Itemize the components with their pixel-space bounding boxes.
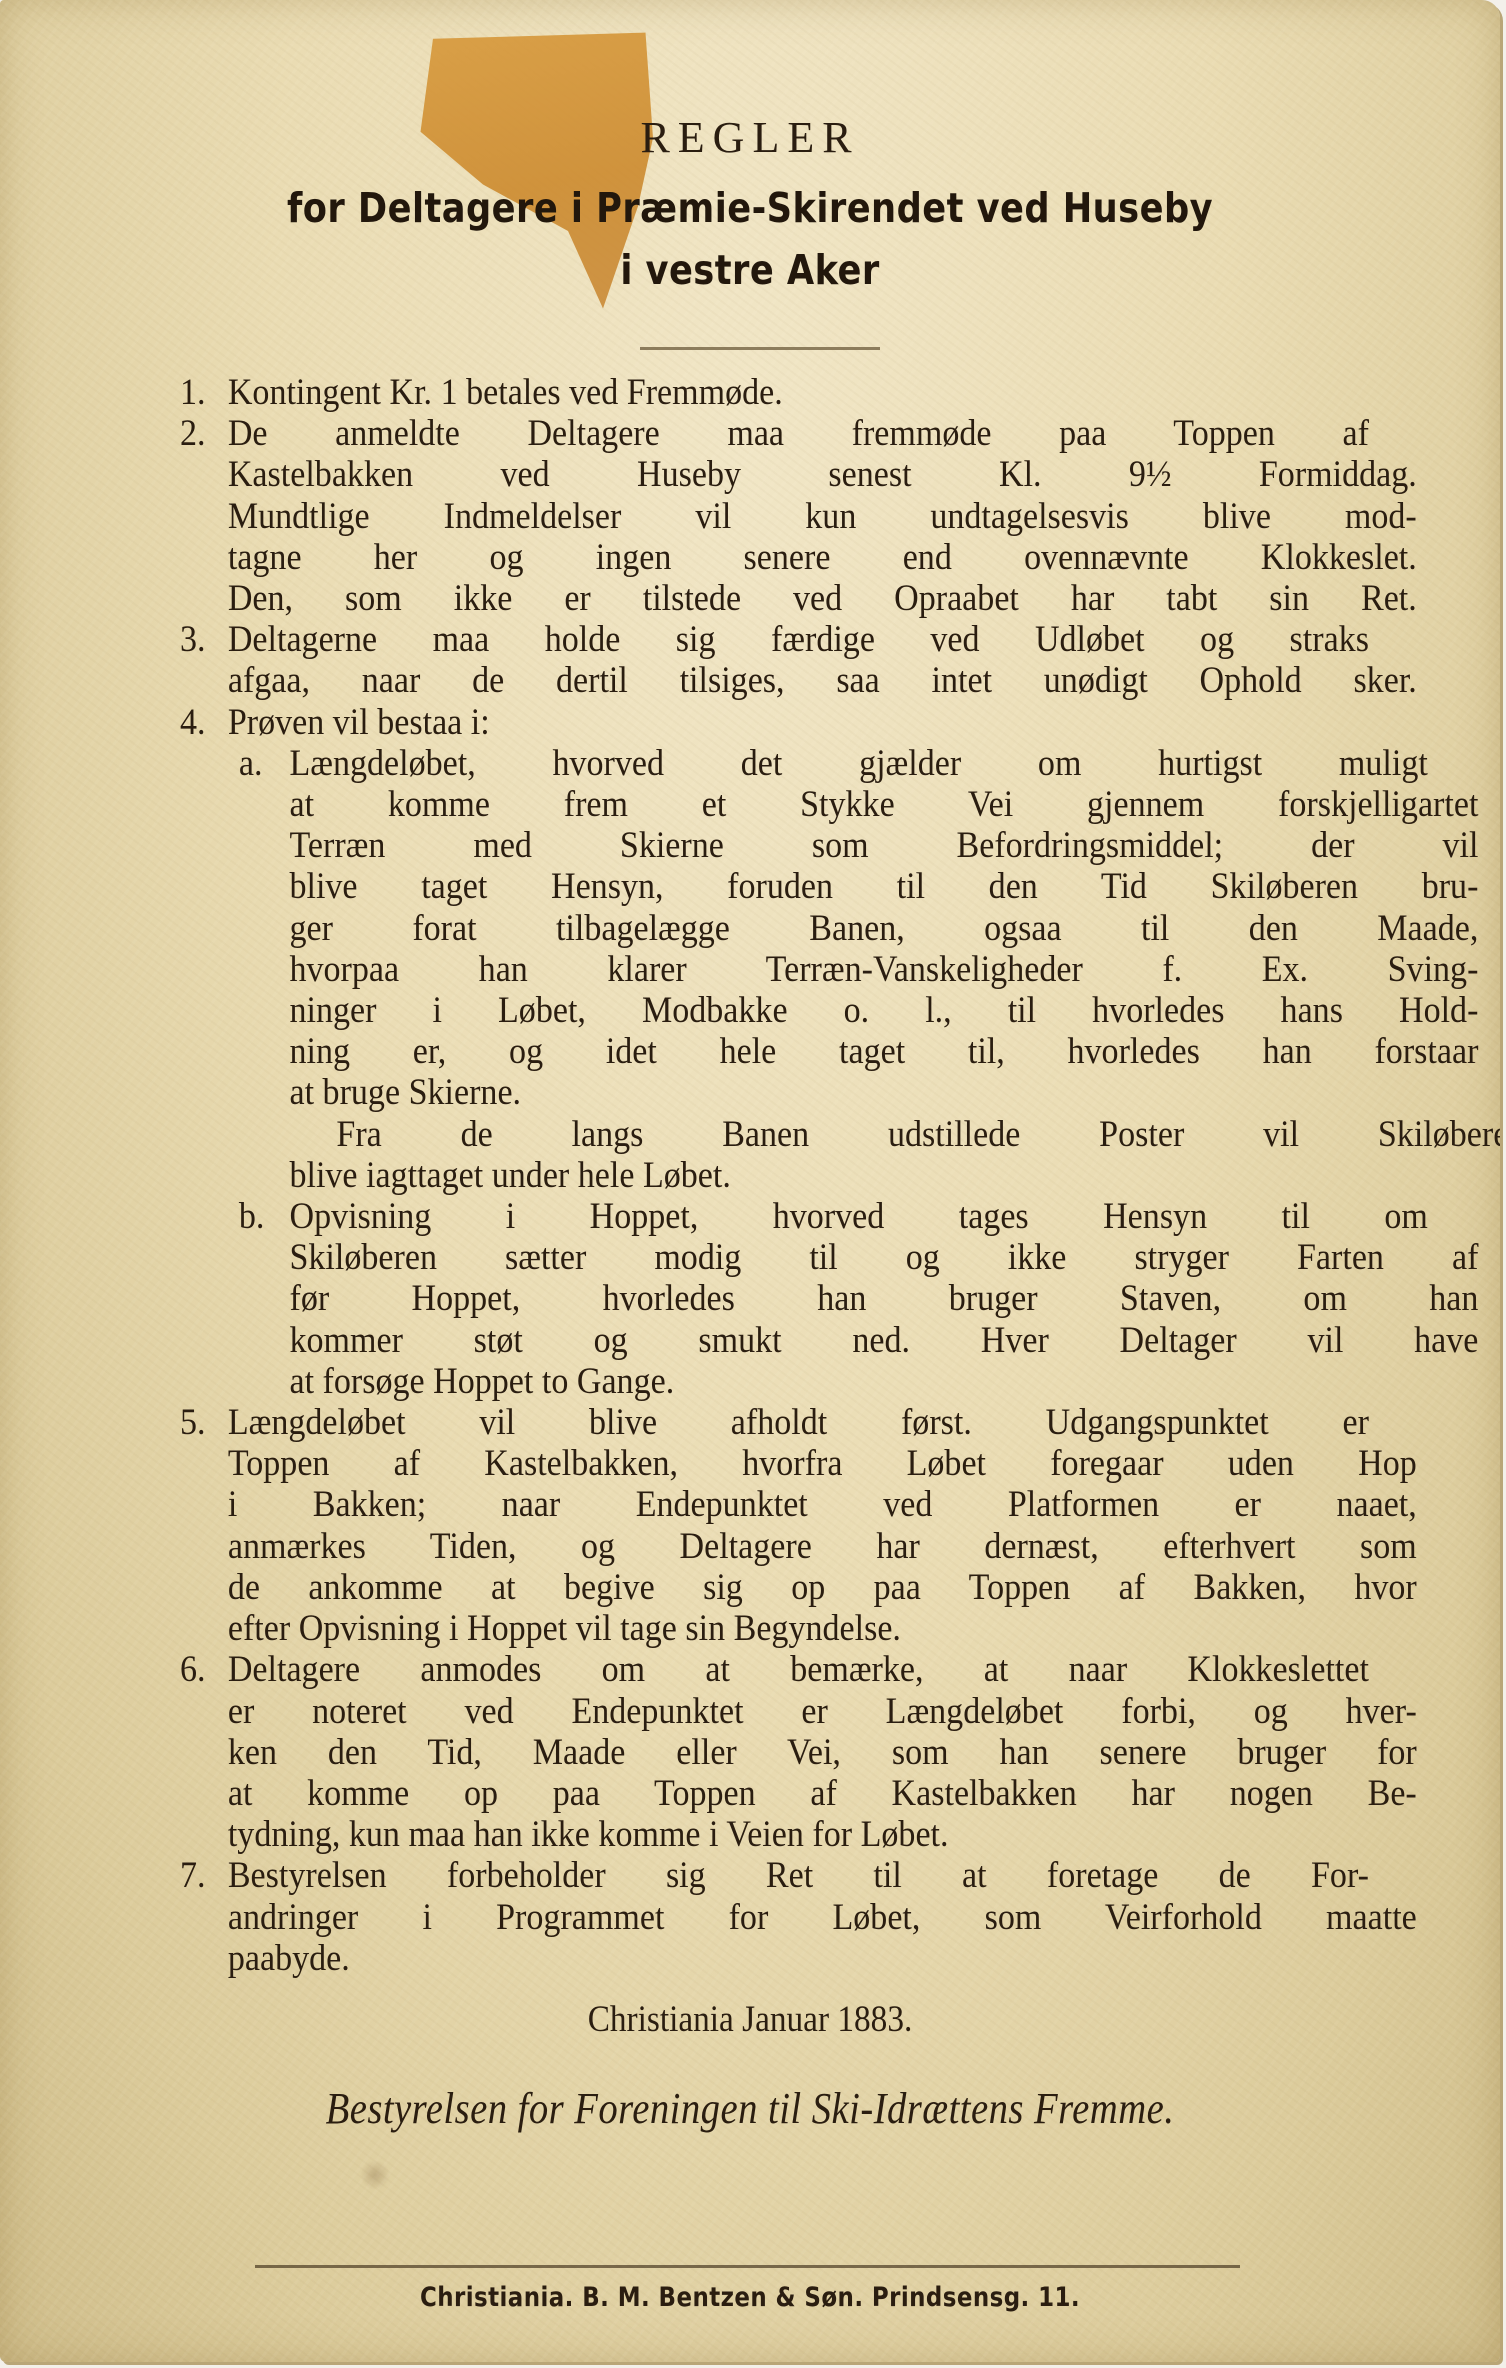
rule-text-line: Toppen af Kastelbakken, hvorfra Løbet fo…: [180, 1443, 1417, 1484]
subitem-marker: b.: [239, 1196, 290, 1237]
rule-text-line: Kastelbakken ved Huseby senest Kl. 9½ Fo…: [180, 454, 1417, 495]
rule-item-3: 3.Deltagerne maa holde sig færdige ved U…: [180, 619, 1370, 701]
rule-text-line: de ankomme at begive sig op paa Toppen a…: [180, 1567, 1417, 1608]
rule-item-4: 4.Prøven vil bestaa i: a.Længdeløbet, hv…: [180, 702, 1370, 1402]
rule-text-line: paabyde.: [180, 1938, 1417, 1979]
rule-text-line: ning er, og idet hele taget til, hvorled…: [180, 1031, 1478, 1072]
rule-text-line: tydning, kun maa han ikke komme i Veien …: [180, 1814, 1417, 1855]
rule-text-line: Terræn med Skierne som Befordringsmiddel…: [180, 825, 1478, 866]
rule-item-1: 1.Kontingent Kr. 1 betales ved Fremmøde.: [180, 372, 1370, 413]
rule-text-line: Længdeløbet, hvorved det gjælder om hurt…: [289, 743, 1427, 784]
document-subtitle-line1: for Deltagere i Præmie-Skirendet ved Hus…: [105, 184, 1395, 232]
rule-number: 1.: [180, 372, 228, 413]
rule-number: 5.: [180, 1402, 228, 1443]
rule-item-7: 7.Bestyrelsen forbeholder sig Ret til at…: [180, 1855, 1370, 1979]
rule-text-line: er noteret ved Endepunktet er Længdeløbe…: [180, 1691, 1417, 1732]
rule-number: 2.: [180, 413, 228, 454]
rule-number: 6.: [180, 1649, 228, 1690]
rule-text-line: Bestyrelsen forbeholder sig Ret til at f…: [228, 1855, 1369, 1896]
rule-text-line: andringer i Programmet for Løbet, som Ve…: [180, 1897, 1417, 1938]
rule-text-line: Længdeløbet vil blive afholdt først. Udg…: [228, 1402, 1369, 1443]
rule-text-line: ninger i Løbet, Modbakke o. l., til hvor…: [180, 990, 1478, 1031]
rule-text-line: tagne her og ingen senere end ovennævnte…: [180, 537, 1417, 578]
rule-text-line: anmærkes Tiden, og Deltagere har dernæst…: [180, 1526, 1417, 1567]
rule-text-line: ken den Tid, Maade eller Vei, som han se…: [180, 1732, 1417, 1773]
title-divider: [640, 347, 880, 350]
rule-text-line: Skiløberen sætter modig til og ikke stry…: [180, 1237, 1478, 1278]
document-card: REGLER for Deltagere i Præmie-Skirendet …: [0, 0, 1500, 2362]
rule-text-line: Deltagere anmodes om at bemærke, at naar…: [228, 1649, 1369, 1690]
rule-text-line: Kontingent Kr. 1 betales ved Fremmøde.: [228, 372, 783, 413]
imprint-divider: [255, 2265, 1240, 2268]
rule-text-line: at bruge Skierne.: [180, 1072, 1478, 1113]
rule-text-line: ger forat tilbagelægge Banen, ogsaa til …: [180, 908, 1478, 949]
rule-text-line: efter Opvisning i Hoppet vil tage sin Be…: [180, 1608, 1417, 1649]
rule-text-line: i Bakken; naar Endepunktet ved Platforme…: [180, 1484, 1417, 1525]
document-title: REGLER: [0, 112, 1500, 163]
subitem-marker: a.: [239, 743, 290, 784]
dateline: Christiania Januar 1883.: [75, 1998, 1425, 2041]
rule-number: 4.: [180, 702, 228, 743]
rule-number: 3.: [180, 619, 228, 660]
rule-text-line: før Hoppet, hvorledes han bruger Staven,…: [180, 1278, 1478, 1319]
rule-text-line: De anmeldte Deltagere maa fremmøde paa T…: [228, 413, 1369, 454]
rule-text-line: afgaa, naar de dertil tilsiges, saa inte…: [180, 660, 1417, 701]
printer-imprint: Christiania. B. M. Bentzen & Søn. Prinds…: [113, 2282, 1388, 2313]
rule-item-2: 2.De anmeldte Deltagere maa fremmøde paa…: [180, 413, 1370, 619]
rule-text-line: at komme frem et Stykke Vei gjennem fors…: [180, 784, 1478, 825]
rule-text-line: Mundtlige Indmeldelser vil kun undtagels…: [180, 496, 1417, 537]
ink-smudge: [360, 2160, 390, 2190]
signature: Bestyrelsen for Foreningen til Ski-Idræt…: [90, 2083, 1410, 2134]
rule-subitem-a: a.Længdeløbet, hvorved det gjælder om hu…: [180, 743, 1370, 1196]
rule-text-line: Opvisning i Hoppet, hvorved tages Hensyn…: [289, 1196, 1427, 1237]
rule-text-line: kommer støt og smukt ned. Hver Deltager …: [180, 1320, 1478, 1361]
rule-item-6: 6.Deltagere anmodes om at bemærke, at na…: [180, 1649, 1370, 1855]
rule-text-line: Deltagerne maa holde sig færdige ved Udl…: [228, 619, 1369, 660]
rule-item-5: 5.Længdeløbet vil blive afholdt først. U…: [180, 1402, 1370, 1649]
rule-text-line: blive iagttaget under hele Løbet.: [180, 1155, 1478, 1196]
rule-text-line: blive taget Hensyn, foruden til den Tid …: [180, 866, 1478, 907]
rules-list: 1.Kontingent Kr. 1 betales ved Fremmøde.…: [180, 372, 1370, 1979]
rule-text-line: Den, som ikke er tilstede ved Opraabet h…: [180, 578, 1417, 619]
rule-text-line: at forsøge Hoppet to Gange.: [180, 1361, 1478, 1402]
rule-text-line: hvorpaa han klarer Terræn-Vanskeligheder…: [180, 949, 1478, 990]
rule-text-line: Fra de langs Banen udstillede Poster vil…: [180, 1114, 1500, 1155]
rule-text-line: Prøven vil bestaa i:: [228, 702, 490, 743]
document-subtitle-line2: i vestre Aker: [105, 246, 1395, 294]
rule-subitem-b: b.Opvisning i Hoppet, hvorved tages Hens…: [180, 1196, 1370, 1402]
rule-text-line: at komme op paa Toppen af Kastelbakken h…: [180, 1773, 1417, 1814]
rule-number: 7.: [180, 1855, 228, 1896]
